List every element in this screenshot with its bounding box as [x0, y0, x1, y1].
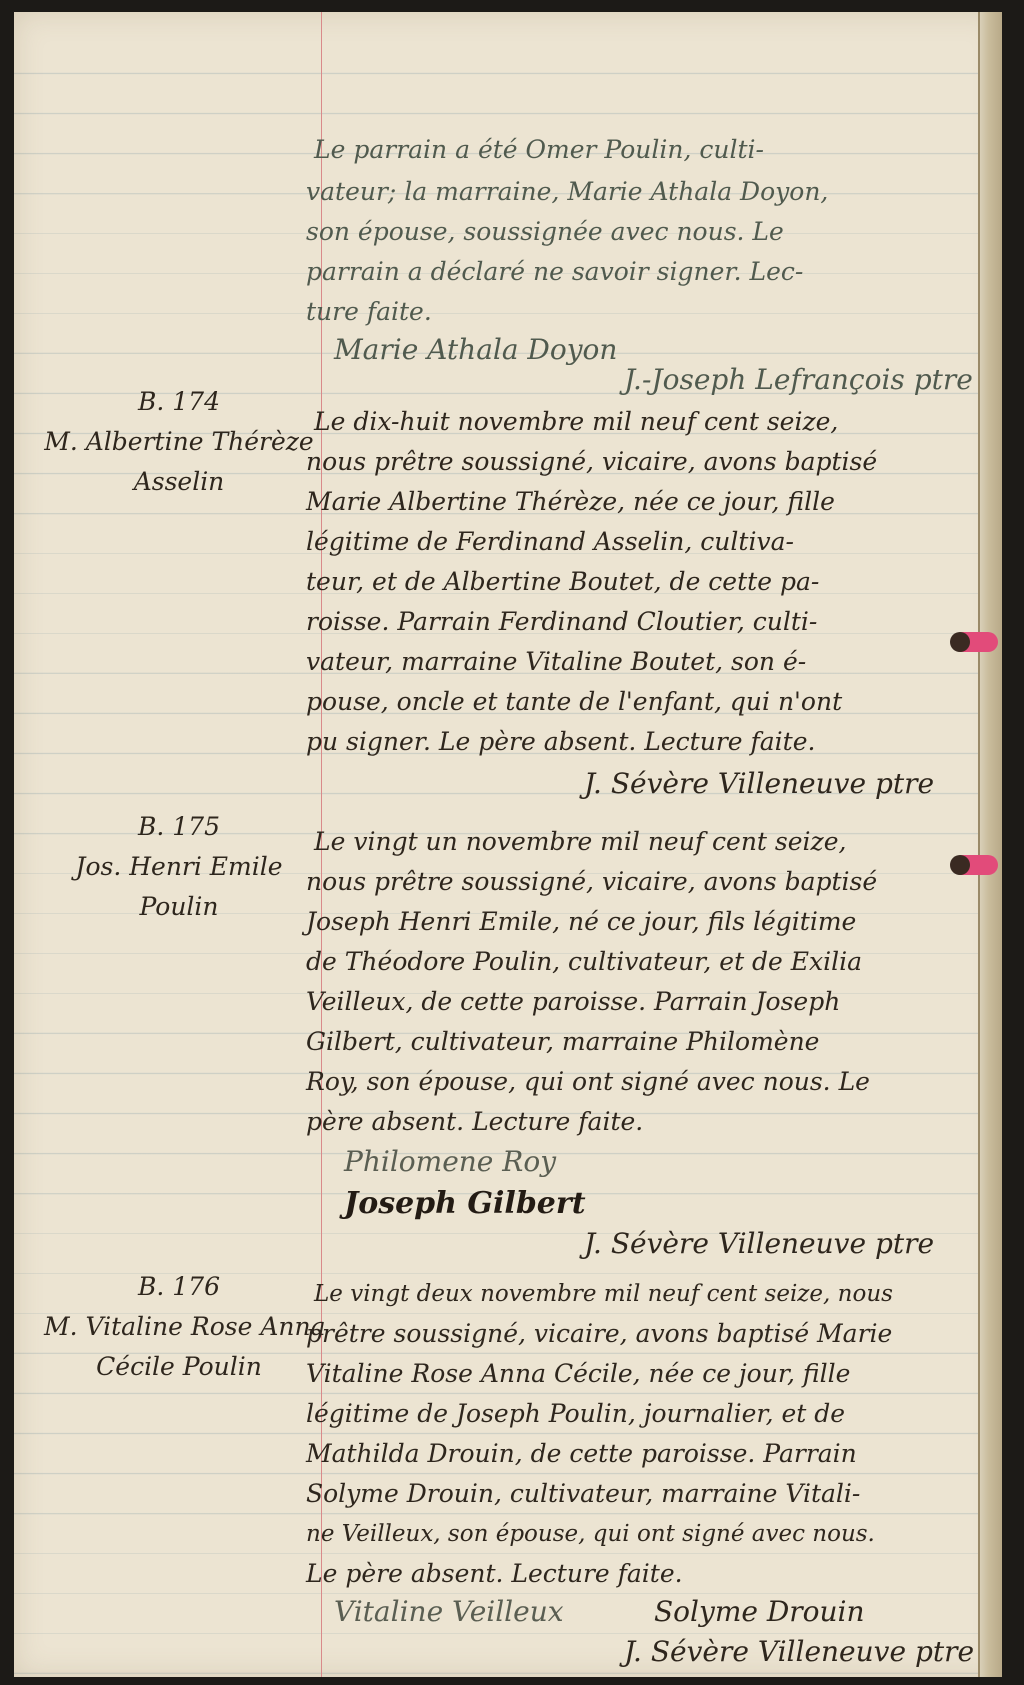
text-line: Roy, son épouse, qui ont signé avec nous…: [306, 1062, 870, 1102]
entry-number: B. 174: [44, 382, 314, 422]
text-line: nous prêtre soussigné, vicaire, avons ba…: [306, 862, 877, 902]
baptized-name: Jos. Henri Emile: [44, 847, 314, 887]
baptized-surname: Asselin: [44, 462, 314, 502]
text-line: père absent. Lecture faite.: [306, 1102, 643, 1142]
margin-entry-b174: B. 174 M. Albertine Thérèze Asselin: [44, 382, 314, 502]
text-line: vateur, marraine Vitaline Boutet, son é-: [306, 642, 806, 682]
text-line: ne Veilleux, son épouse, qui ont signé a…: [306, 1514, 875, 1554]
register-page: Le parrain a été Omer Poulin, culti- vat…: [14, 12, 1002, 1677]
text-line: prêtre soussigné, vicaire, avons baptisé…: [306, 1314, 892, 1354]
signature-godfather: Solyme Drouin: [654, 1592, 865, 1632]
signature-godmother: Marie Athala Doyon: [334, 330, 617, 370]
text-line: roisse. Parrain Ferdinand Cloutier, cult…: [306, 602, 817, 642]
text-line: Le vingt deux novembre mil neuf cent sei…: [314, 1274, 893, 1314]
text-line: nous prêtre soussigné, vicaire, avons ba…: [306, 442, 877, 482]
signature-priest: J. Sévère Villeneuve ptre: [584, 1224, 934, 1264]
binding-tie-upper: [952, 632, 998, 652]
text-line: vateur; la marraine, Marie Athala Doyon,: [306, 172, 828, 212]
signature-godmother: Vitaline Veilleux: [334, 1592, 564, 1632]
margin-entry-b175: B. 175 Jos. Henri Emile Poulin: [44, 807, 314, 927]
text-line: Mathilda Drouin, de cette paroisse. Parr…: [306, 1434, 857, 1474]
text-line: Marie Albertine Thérèze, née ce jour, fi…: [306, 482, 835, 522]
text-line: Solyme Drouin, cultivateur, marraine Vit…: [306, 1474, 860, 1514]
text-line: Vitaline Rose Anna Cécile, née ce jour, …: [306, 1354, 850, 1394]
text-line: de Théodore Poulin, cultivateur, et de E…: [306, 942, 862, 982]
entry-number: B. 176: [44, 1267, 314, 1307]
text-line: Veilleux, de cette paroisse. Parrain Jos…: [306, 982, 840, 1022]
text-line: Le père absent. Lecture faite.: [306, 1554, 683, 1594]
signature-priest: J.-Joseph Lefrançois ptre: [624, 360, 973, 400]
baptized-surname: Poulin: [44, 887, 314, 927]
text-line: son épouse, soussignée avec nous. Le: [306, 212, 784, 252]
entry-number: B. 175: [44, 807, 314, 847]
binding-spine: [978, 12, 1002, 1677]
signature-godmother: Philomene Roy: [344, 1142, 556, 1182]
text-line: teur, et de Albertine Boutet, de cette p…: [306, 562, 819, 602]
binding-tie-lower: [952, 855, 998, 875]
baptized-surname: Cécile Poulin: [44, 1347, 314, 1387]
signature-godfather: Joseph Gilbert: [344, 1184, 586, 1224]
text-line: Joseph Henri Emile, né ce jour, fils lég…: [306, 902, 856, 942]
text-line: parrain a déclaré ne savoir signer. Lec-: [306, 252, 803, 292]
text-line: ture faite.: [306, 292, 432, 332]
signature-priest: J. Sévère Villeneuve ptre: [584, 764, 934, 804]
text-line: Gilbert, cultivateur, marraine Philomène: [306, 1022, 819, 1062]
text-line: Le parrain a été Omer Poulin, culti-: [314, 130, 764, 170]
text-line: Le vingt un novembre mil neuf cent seize…: [314, 822, 846, 862]
text-line: Le dix-huit novembre mil neuf cent seize…: [314, 402, 838, 442]
baptized-name: M. Vitaline Rose Anna: [44, 1307, 314, 1347]
punch-hole: [950, 855, 970, 875]
baptized-name: M. Albertine Thérèze: [44, 422, 314, 462]
punch-hole: [950, 632, 970, 652]
text-line: pu signer. Le père absent. Lecture faite…: [306, 722, 815, 762]
text-line: légitime de Joseph Poulin, journalier, e…: [306, 1394, 845, 1434]
text-line: pouse, oncle et tante de l'enfant, qui n…: [306, 682, 842, 722]
margin-entry-b176: B. 176 M. Vitaline Rose Anna Cécile Poul…: [44, 1267, 314, 1387]
signature-priest: J. Sévère Villeneuve ptre: [624, 1632, 974, 1672]
text-line: légitime de Ferdinand Asselin, cultiva-: [306, 522, 794, 562]
